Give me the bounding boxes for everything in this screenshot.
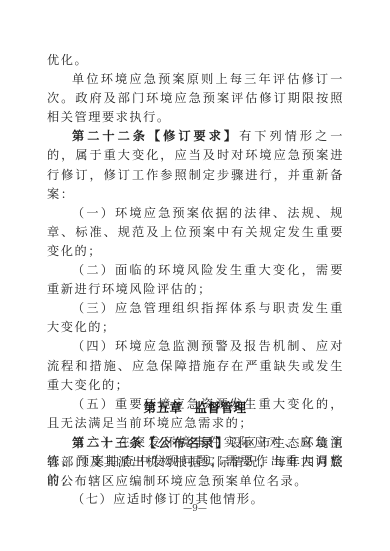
- list-item-4: （四）环境应急监测预警及报告机制、应对流程和措施、应急保障措施存在严重缺失或发生…: [47, 337, 344, 394]
- chapter-title: 监督管理: [195, 400, 247, 415]
- article-22-heading: 第二十二条【修订要求】: [72, 129, 239, 143]
- paragraph-article-23: 第二十三条【公布名录】设区市生态环境主管部门及其派出机构根据实际情况，每年四月底…: [47, 434, 344, 491]
- document-page: 优化。 单位环境应急预案原则上每三年评估修订一次。政府及部门环境应急预案评估修订…: [0, 0, 390, 551]
- list-item-3: （三）应急管理组织指挥体系与职责发生重大变化的；: [47, 299, 344, 337]
- paragraph-continuation: 优化。: [47, 51, 344, 70]
- paragraph-revision-period: 单位环境应急预案原则上每三年评估修订一次。政府及部门环境应急预案评估修订期限按照…: [47, 70, 344, 127]
- list-item-1: （一）环境应急预案依据的法律、法规、规章、标准、规范及上位预案中有关规定发生重要…: [47, 204, 344, 261]
- page-number: —9—: [0, 504, 390, 514]
- article-23-heading: 第二十三条【公布名录】: [72, 436, 230, 450]
- chapter-heading: 第五章监督管理: [0, 398, 390, 416]
- paragraph-article-22: 第二十二条【修订要求】有下列情形之一的，属于重大变化，应当及时对环境应急预案进行…: [47, 127, 344, 203]
- chapter-number: 第五章: [143, 400, 182, 415]
- list-item-2: （二）面临的环境风险发生重大变化，需要重新进行环境风险评估的；: [47, 261, 344, 299]
- article-23: 第二十三条【公布名录】设区市生态环境主管部门及其派出机构根据实际情况，每年四月底…: [47, 434, 344, 491]
